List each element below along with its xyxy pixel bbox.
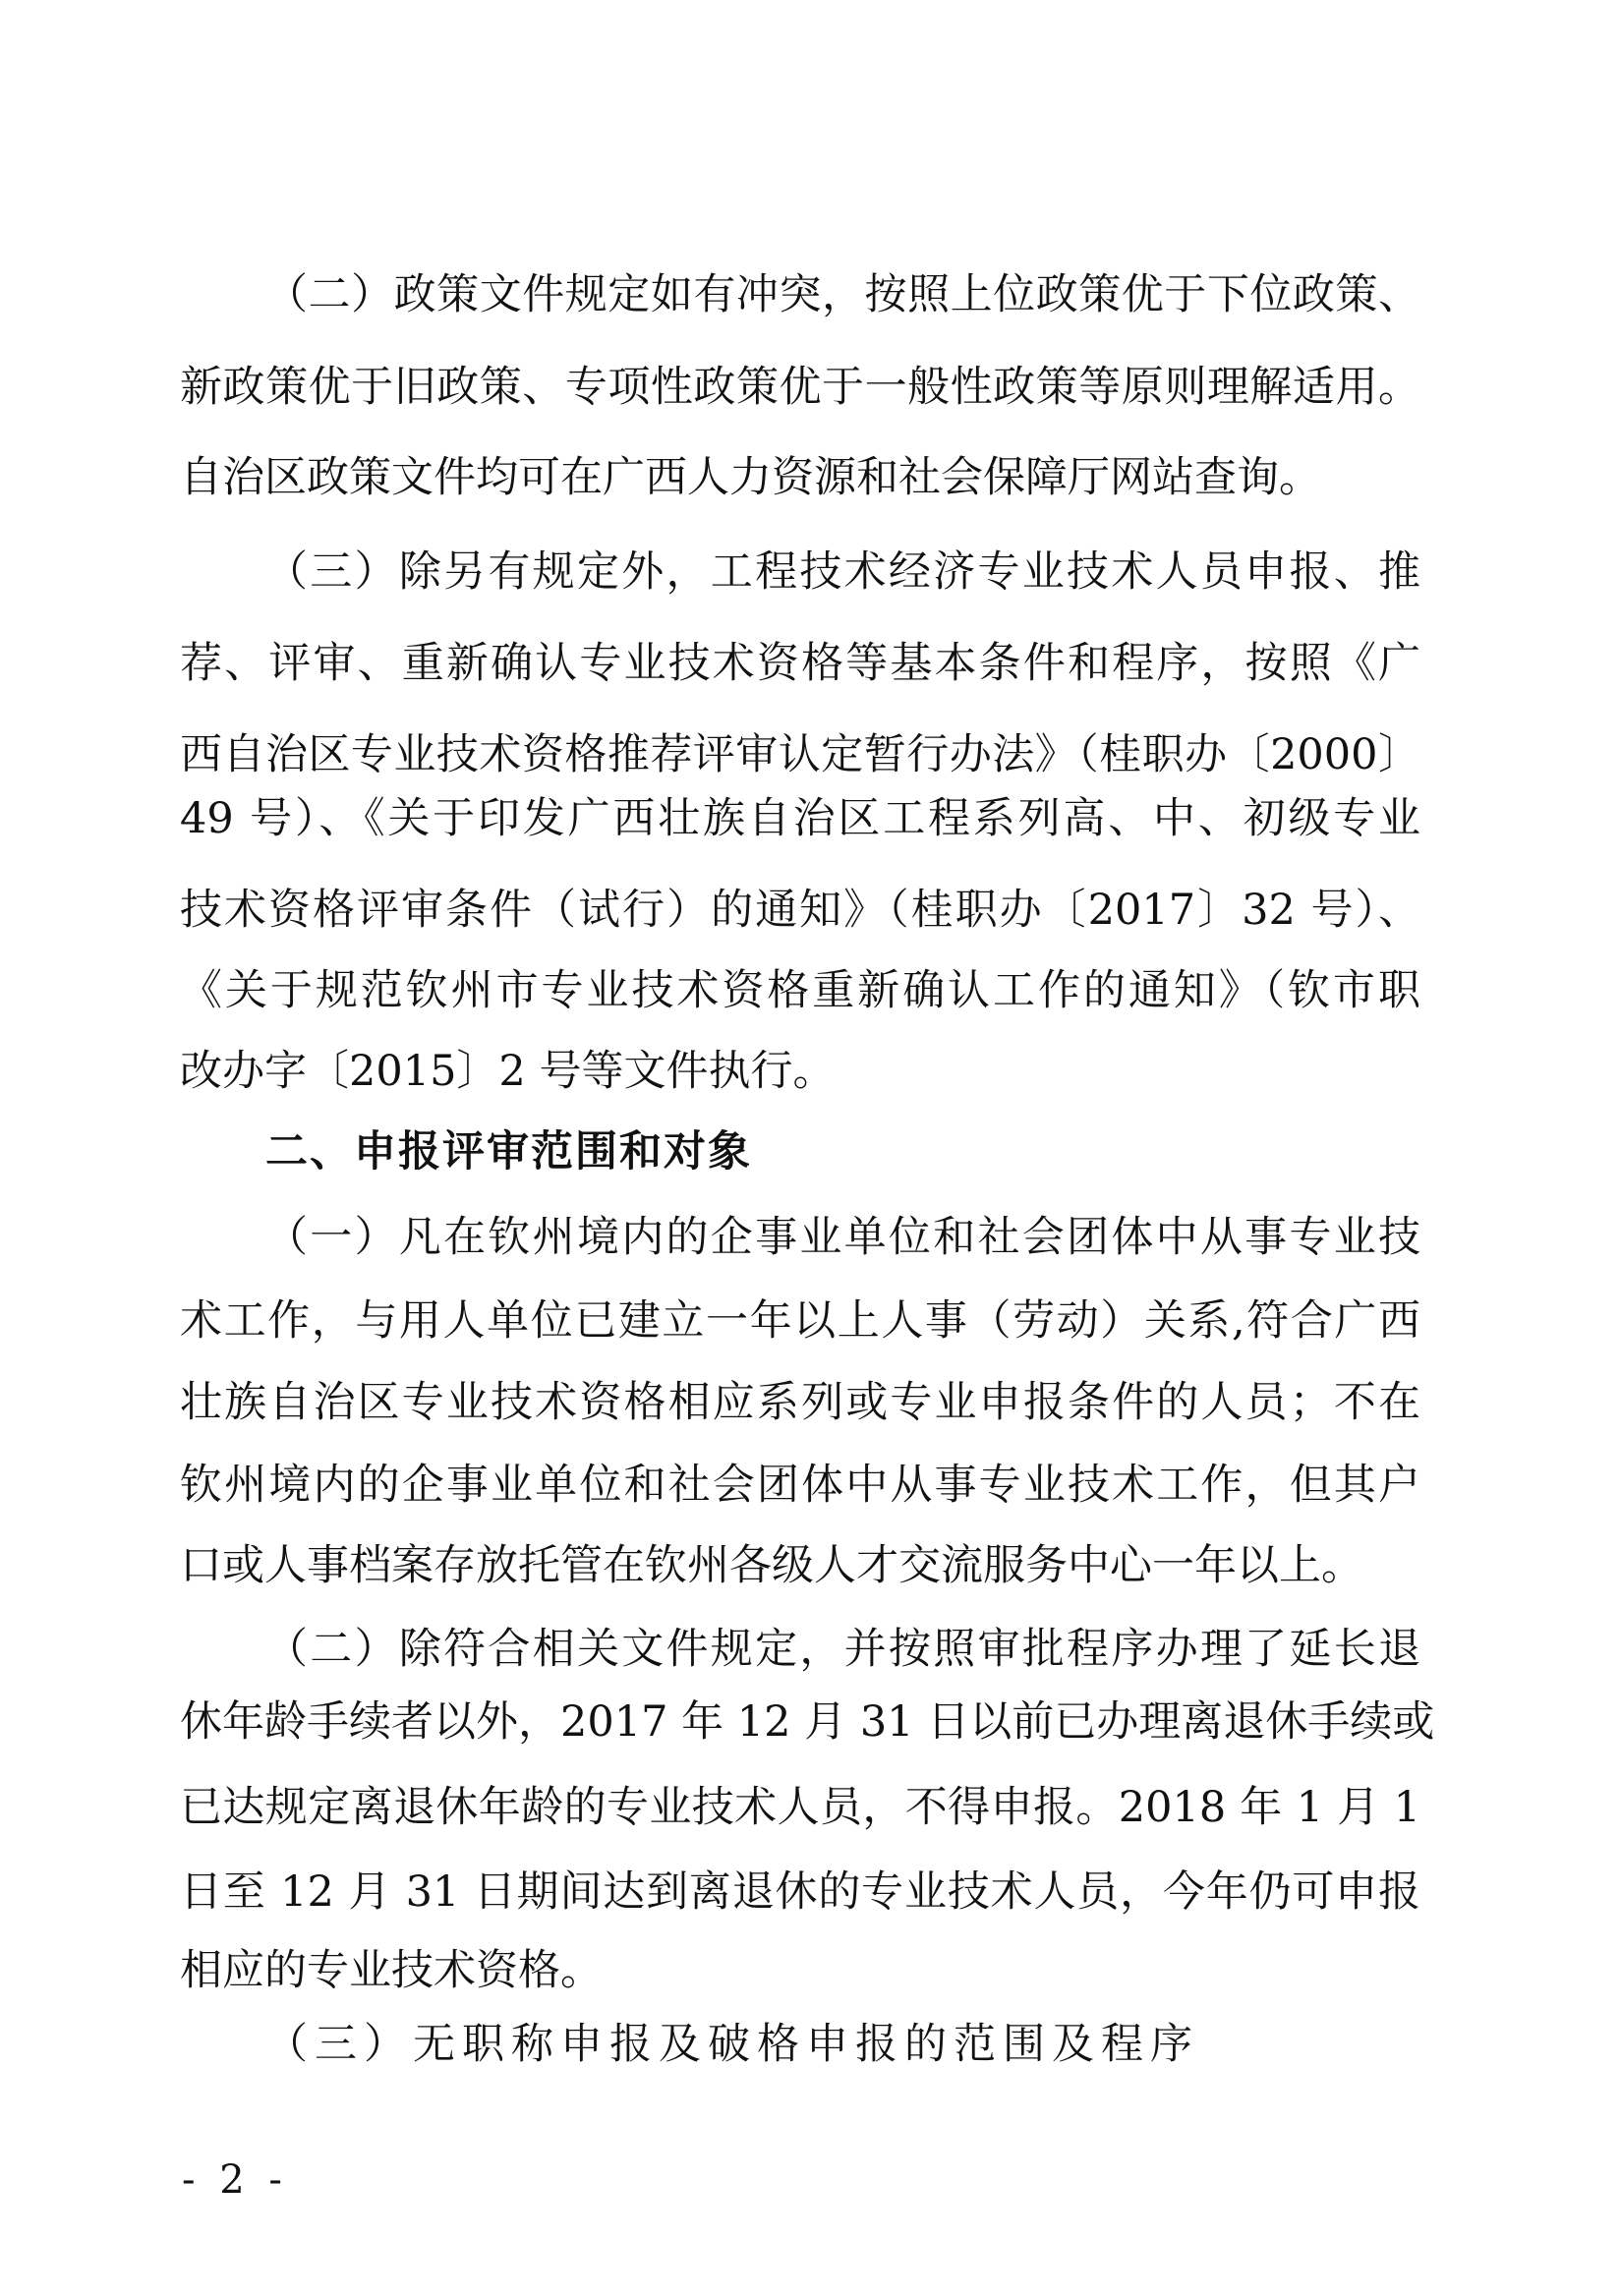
paragraph-line: 休年龄手续者以外，2017 年 12 月 31 日以前已办理离退休手续或 bbox=[180, 1693, 1420, 1751]
paragraph-line: 新政策优于旧政策、专项性政策优于一般性政策等原则理解适用。 bbox=[180, 358, 1420, 417]
paragraph-line: 49 号）、《关于印发广西壮族自治区工程系列高、中、初级专业 bbox=[180, 789, 1420, 848]
subheading-line: （三）无职称申报及破格申报的范围及程序 bbox=[265, 2015, 1199, 2074]
paragraph-line: 相应的专业技术资格。 bbox=[180, 1941, 1420, 2000]
paragraph-line: 口或人事档案存放托管在钦州各级人才交流服务中心一年以上。 bbox=[180, 1536, 1420, 1595]
paragraph-line: （三）除另有规定外，工程技术经济专业技术人员申报、推 bbox=[265, 543, 1420, 602]
paragraph-line: 《关于规范钦州市专业技术资格重新确认工作的通知》（钦市职 bbox=[180, 961, 1420, 1020]
paragraph-line: 术工作，与用人单位已建立一年以上人事（劳动）关系,符合广西 bbox=[180, 1291, 1420, 1350]
paragraph-line: （一）凡在钦州境内的企事业单位和社会团体中从事专业技 bbox=[265, 1208, 1420, 1267]
paragraph-line: 壮族自治区专业技术资格相应系列或专业申报条件的人员；不在 bbox=[180, 1373, 1420, 1432]
document-page: （二）政策文件规定如有冲突，按照上位政策优于下位政策、 新政策优于旧政策、专项性… bbox=[0, 0, 1620, 2296]
page-number: - 2 - bbox=[182, 2155, 288, 2205]
paragraph-line: 已达规定离退休年龄的专业技术人员，不得申报。2018 年 1 月 1 bbox=[180, 1778, 1420, 1837]
paragraph-line: 技术资格评审条件（试行）的通知》（桂职办〔2017〕32 号）、 bbox=[180, 881, 1420, 940]
paragraph-line: （二）除符合相关文件规定，并按照审批程序办理了延长退 bbox=[265, 1620, 1420, 1679]
paragraph-line: 日至 12 月 31 日期间达到离退休的专业技术人员，今年仍可申报 bbox=[180, 1863, 1420, 1922]
paragraph-line: 改办字〔2015〕2 号等文件执行。 bbox=[180, 1042, 1420, 1101]
paragraph-line: 自治区政策文件均可在广西人力资源和社会保障厅网站查询。 bbox=[180, 448, 1420, 507]
paragraph-line: （二）政策文件规定如有冲突，按照上位政策优于下位政策、 bbox=[265, 265, 1420, 324]
section-heading: 二、申报评审范围和对象 bbox=[265, 1122, 752, 1181]
paragraph-line: 荐、评审、重新确认专业技术资格等基本条件和程序，按照《广 bbox=[180, 634, 1420, 693]
paragraph-line: 西自治区专业技术资格推荐评审认定暂行办法》（桂职办〔2000〕 bbox=[180, 725, 1420, 784]
paragraph-line: 钦州境内的企事业单位和社会团体中从事专业技术工作，但其户 bbox=[180, 1456, 1420, 1515]
